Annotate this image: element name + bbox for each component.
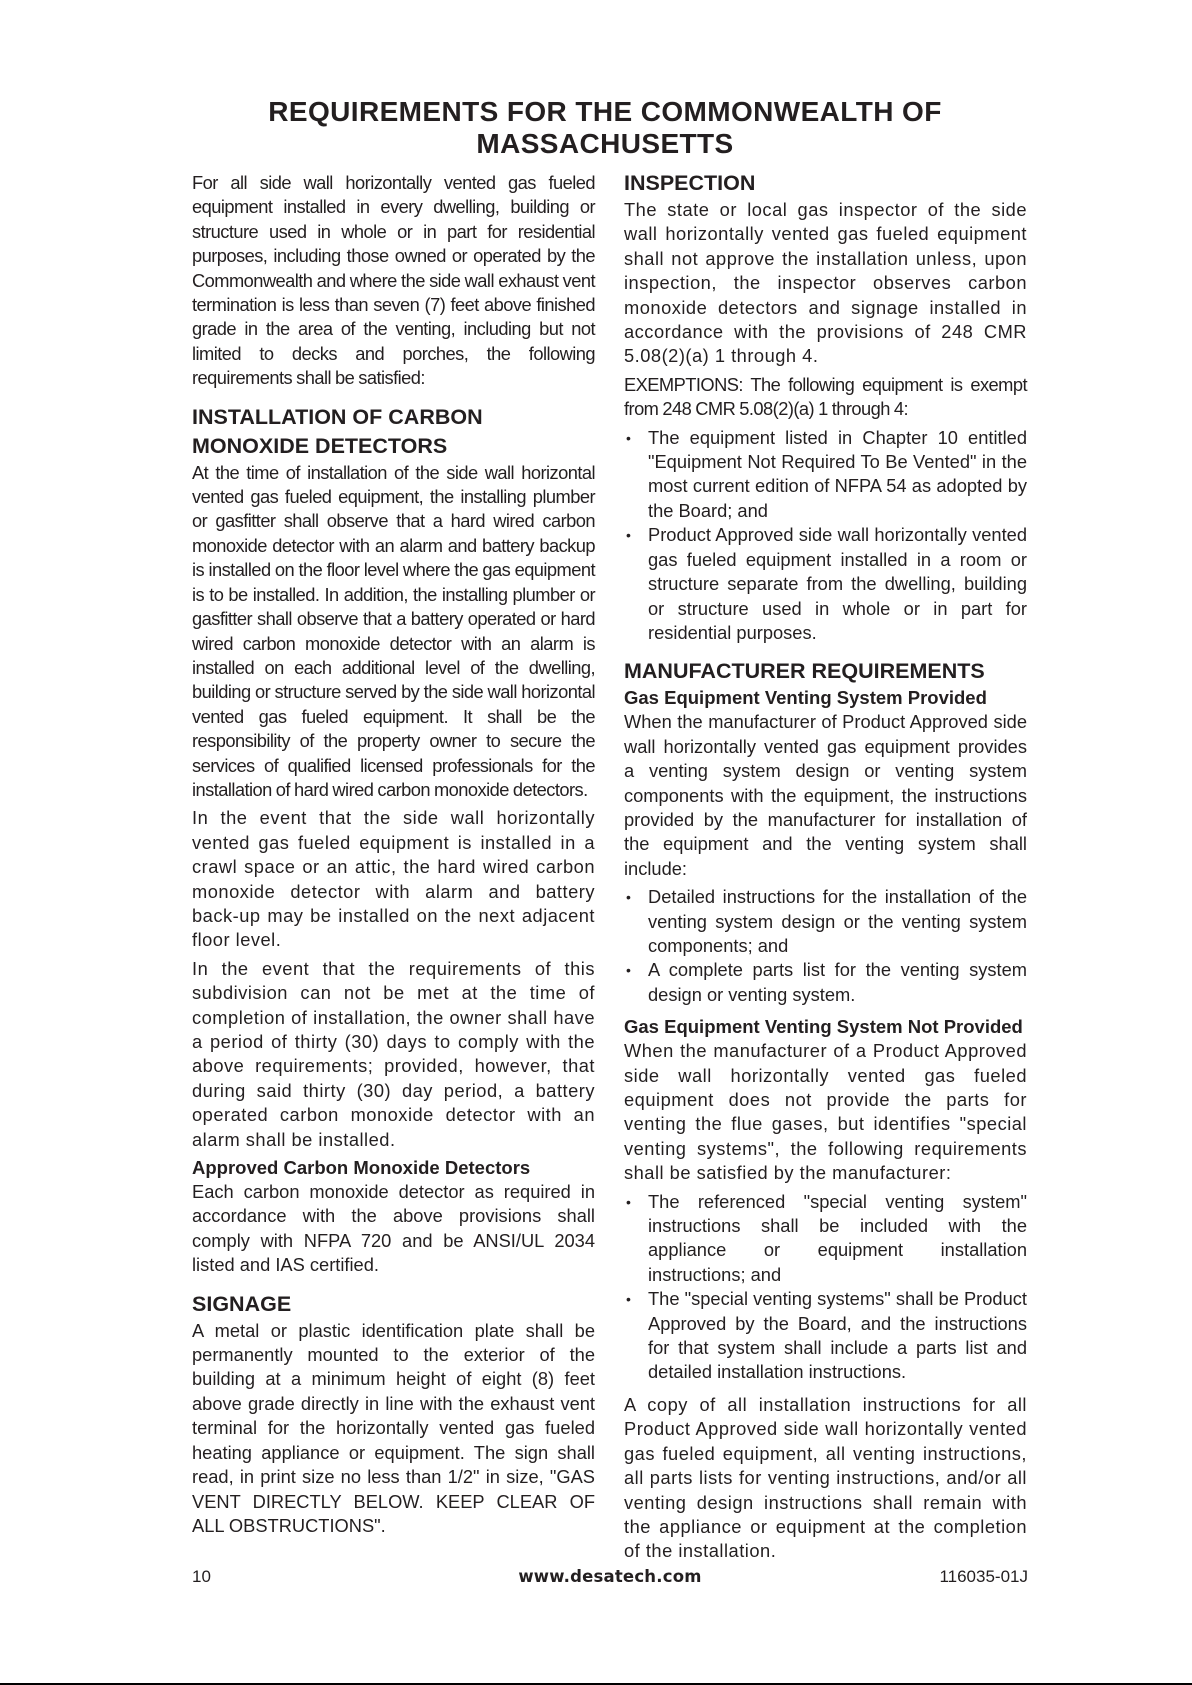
co-detectors-paragraph-3: In the event that the requirements of th… — [192, 957, 595, 1152]
intro-paragraph: For all side wall horizontally vented ga… — [192, 171, 595, 391]
left-column: For all side wall horizontally vented ga… — [192, 171, 595, 1542]
approved-detectors-heading: Approved Carbon Monoxide Detectors — [192, 1156, 595, 1180]
bullet-icon: • — [626, 426, 631, 450]
closing-paragraph: A copy of all installation instructions … — [624, 1393, 1027, 1564]
bullet-icon: • — [626, 523, 631, 547]
inspection-paragraph: The state or local gas inspector of the … — [624, 198, 1027, 369]
bullet-icon: • — [626, 885, 631, 909]
venting-not-provided-item: • The "special venting systems" shall be… — [624, 1287, 1027, 1385]
signage-paragraph: A metal or plastic identification plate … — [192, 1319, 595, 1539]
exemptions-intro: EXEMPTIONS: The following equipment is e… — [624, 373, 1027, 422]
venting-provided-heading: Gas Equipment Venting System Provided — [624, 686, 1027, 710]
venting-provided-item: • Detailed instructions for the installa… — [624, 885, 1027, 958]
signage-heading: SIGNAGE — [192, 1290, 595, 1319]
exemption-item: • The equipment listed in Chapter 10 ent… — [624, 426, 1027, 524]
co-detectors-heading: INSTALLATION OF CARBON MONOXIDE DETECTOR… — [192, 403, 595, 461]
venting-not-provided-list: • The referenced "special venting system… — [624, 1190, 1027, 1385]
venting-provided-paragraph: When the manufacturer of Product Approve… — [624, 710, 1027, 881]
bullet-icon: • — [626, 958, 631, 982]
venting-not-provided-heading: Gas Equipment Venting System Not Provide… — [624, 1015, 1027, 1039]
venting-provided-item: • A complete parts list for the venting … — [624, 958, 1027, 1007]
page-footer: 10 www.desatech.com 116035-01J — [192, 1565, 1028, 1589]
venting-provided-list: • Detailed instructions for the installa… — [624, 885, 1027, 1007]
venting-not-provided-paragraph: When the manufacturer of a Product Appro… — [624, 1039, 1027, 1185]
co-detectors-paragraph-2: In the event that the side wall horizont… — [192, 806, 595, 952]
exemption-item: • Product Approved side wall horizontall… — [624, 523, 1027, 645]
bullet-icon: • — [626, 1287, 631, 1311]
right-column: INSPECTION The state or local gas inspec… — [624, 169, 1027, 1568]
manufacturer-heading: MANUFACTURER REQUIREMENTS — [624, 657, 1027, 686]
document-code: 116035-01J — [939, 1565, 1028, 1589]
page-title: REQUIREMENTS FOR THE COMMONWEALTH OF MAS… — [190, 96, 1020, 160]
co-detectors-paragraph-1: At the time of installation of the side … — [192, 461, 595, 803]
exemptions-list: • The equipment listed in Chapter 10 ent… — [624, 426, 1027, 646]
bullet-icon: • — [626, 1190, 631, 1214]
venting-not-provided-item: • The referenced "special venting system… — [624, 1190, 1027, 1288]
inspection-heading: INSPECTION — [624, 169, 1027, 198]
website-link[interactable]: www.desatech.com — [192, 1565, 1028, 1589]
approved-detectors-paragraph: Each carbon monoxide detector as require… — [192, 1180, 595, 1278]
